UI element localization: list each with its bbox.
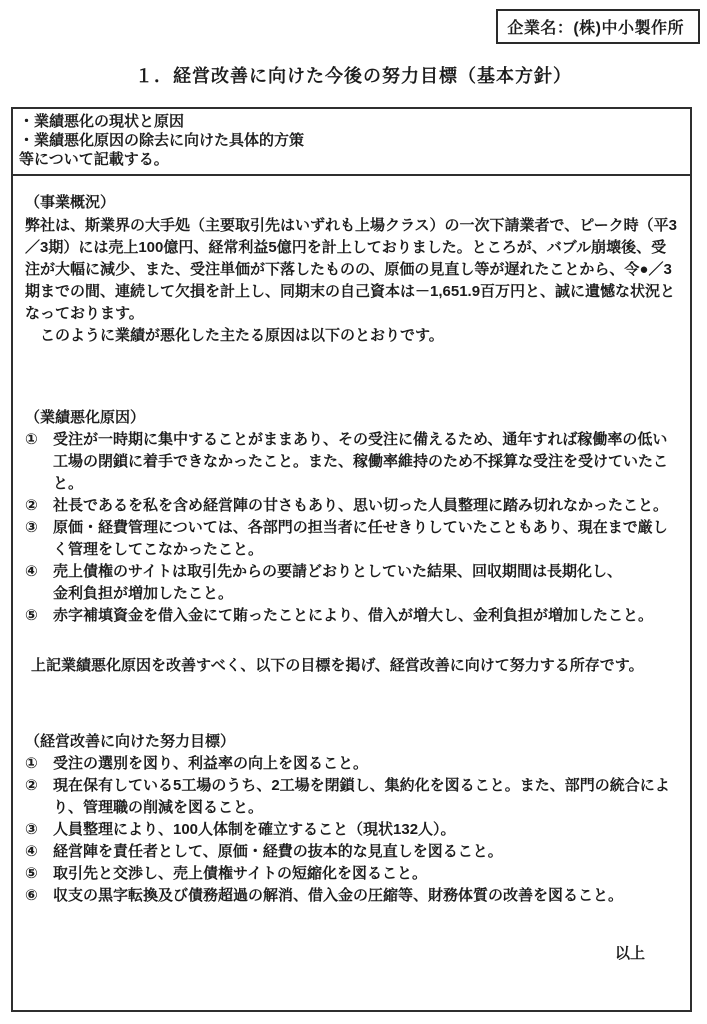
overview-paragraph: 弊社は、斯業界の大手処（主要取引先はいずれも上場クラス）の一次下請業者で、ピーク… xyxy=(25,215,677,347)
item-number: ① xyxy=(25,429,53,495)
item-text: 収支の黒字転換及び債務超過の解消、借入金の圧縮等、財務体質の改善を図ること。 xyxy=(53,885,677,907)
note-line: ・業績悪化原因の除去に向けた具体的方策 xyxy=(19,131,682,150)
list-item: ② 社長であるを私を含め経営陣の甘さもあり、思い切った人員整理に踏み切れなかった… xyxy=(25,495,677,517)
section-heading: （事業概況） xyxy=(25,192,677,214)
item-text: 経営陣を責任者として、原価・経費の抜本的な見直しを図ること。 xyxy=(53,841,677,863)
closing-statement: 以上 xyxy=(25,943,677,965)
list-item: ③ 人員整理により、100人体制を確立すること（現状132人）。 xyxy=(25,819,677,841)
section-heading: （業績悪化原因） xyxy=(25,407,677,429)
list-item: ⑥ 収支の黒字転換及び債務超過の解消、借入金の圧縮等、財務体質の改善を図ること。 xyxy=(25,885,677,907)
item-number: ④ xyxy=(25,841,53,863)
main-content-box: ・業績悪化の現状と原因 ・業績悪化原因の除去に向けた具体的方策 等について記載す… xyxy=(11,107,692,1012)
list-item: ④ 売上債権のサイトは取引先からの要請どおりとしていた結果、回収期間は長期化し、… xyxy=(25,561,677,605)
section-improvement-goals: （経営改善に向けた努力目標） ① 受注の選別を図り、利益率の向上を図ること。 ②… xyxy=(25,731,677,907)
item-text: 社長であるを私を含め経営陣の甘さもあり、思い切った人員整理に踏み切れなかったこと… xyxy=(53,495,677,517)
company-name-box: 企業名：(株)中小製作所 xyxy=(496,9,700,44)
list-item: ① 受注が一時期に集中することがままあり、その受注に備えるため、通年すれば稼働率… xyxy=(25,429,677,495)
item-number: ⑤ xyxy=(25,605,53,627)
section-business-overview: （事業概況） 弊社は、斯業界の大手処（主要取引先はいずれも上場クラス）の一次下請… xyxy=(25,192,677,347)
section-decline-causes: （業績悪化原因） ① 受注が一時期に集中することがままあり、その受注に備えるため… xyxy=(25,407,677,677)
item-text: 売上債権のサイトは取引先からの要請どおりとしていた結果、回収期間は長期化し、 金… xyxy=(53,561,677,605)
item-text: 人員整理により、100人体制を確立すること（現状132人）。 xyxy=(53,819,677,841)
item-number: ① xyxy=(25,753,53,775)
item-number: ⑤ xyxy=(25,863,53,885)
list-item: ④ 経営陣を責任者として、原価・経費の抜本的な見直しを図ること。 xyxy=(25,841,677,863)
note-box: ・業績悪化の現状と原因 ・業績悪化原因の除去に向けた具体的方策 等について記載す… xyxy=(13,109,690,176)
item-text: 受注の選別を図り、利益率の向上を図ること。 xyxy=(53,753,677,775)
company-name-label: 企業名：(株)中小製作所 xyxy=(507,20,684,37)
note-line: 等について記載する。 xyxy=(19,150,682,169)
note-line: ・業績悪化の現状と原因 xyxy=(19,112,682,131)
transition-paragraph: 上記業績悪化原因を改善すべく、以下の目標を掲げ、経営改善に向けて努力する所存です… xyxy=(25,655,677,677)
item-number: ② xyxy=(25,775,53,819)
item-text: 原価・経費管理については、各部門の担当者に任せきりしていたこともあり、現在まで厳… xyxy=(53,517,677,561)
page-title: １．経営改善に向けた今後の努力目標（基本方針） xyxy=(0,62,707,88)
item-text: 赤字補填資金を借入金にて賄ったことにより、借入が増大し、金利負担が増加したこと。 xyxy=(53,605,677,627)
list-item: ② 現在保有している5工場のうち、2工場を閉鎖し、集約化を図ること。また、部門の… xyxy=(25,775,677,819)
list-item: ① 受注の選別を図り、利益率の向上を図ること。 xyxy=(25,753,677,775)
document-page: 企業名：(株)中小製作所 １．経営改善に向けた今後の努力目標（基本方針） ・業績… xyxy=(0,0,707,1024)
document-body: （事業概況） 弊社は、斯業界の大手処（主要取引先はいずれも上場クラス）の一次下請… xyxy=(13,176,690,965)
item-text: 受注が一時期に集中することがままあり、その受注に備えるため、通年すれば稼働率の低… xyxy=(53,429,677,495)
item-number: ③ xyxy=(25,517,53,561)
item-text: 現在保有している5工場のうち、2工場を閉鎖し、集約化を図ること。また、部門の統合… xyxy=(53,775,677,819)
item-number: ⑥ xyxy=(25,885,53,907)
list-item: ⑤ 取引先と交渉し、売上債権サイトの短縮化を図ること。 xyxy=(25,863,677,885)
section-heading: （経営改善に向けた努力目標） xyxy=(25,731,677,753)
item-number: ③ xyxy=(25,819,53,841)
list-item: ③ 原価・経費管理については、各部門の担当者に任せきりしていたこともあり、現在ま… xyxy=(25,517,677,561)
item-text: 取引先と交渉し、売上債権サイトの短縮化を図ること。 xyxy=(53,863,677,885)
list-item: ⑤ 赤字補填資金を借入金にて賄ったことにより、借入が増大し、金利負担が増加したこ… xyxy=(25,605,677,627)
item-number: ② xyxy=(25,495,53,517)
item-number: ④ xyxy=(25,561,53,605)
